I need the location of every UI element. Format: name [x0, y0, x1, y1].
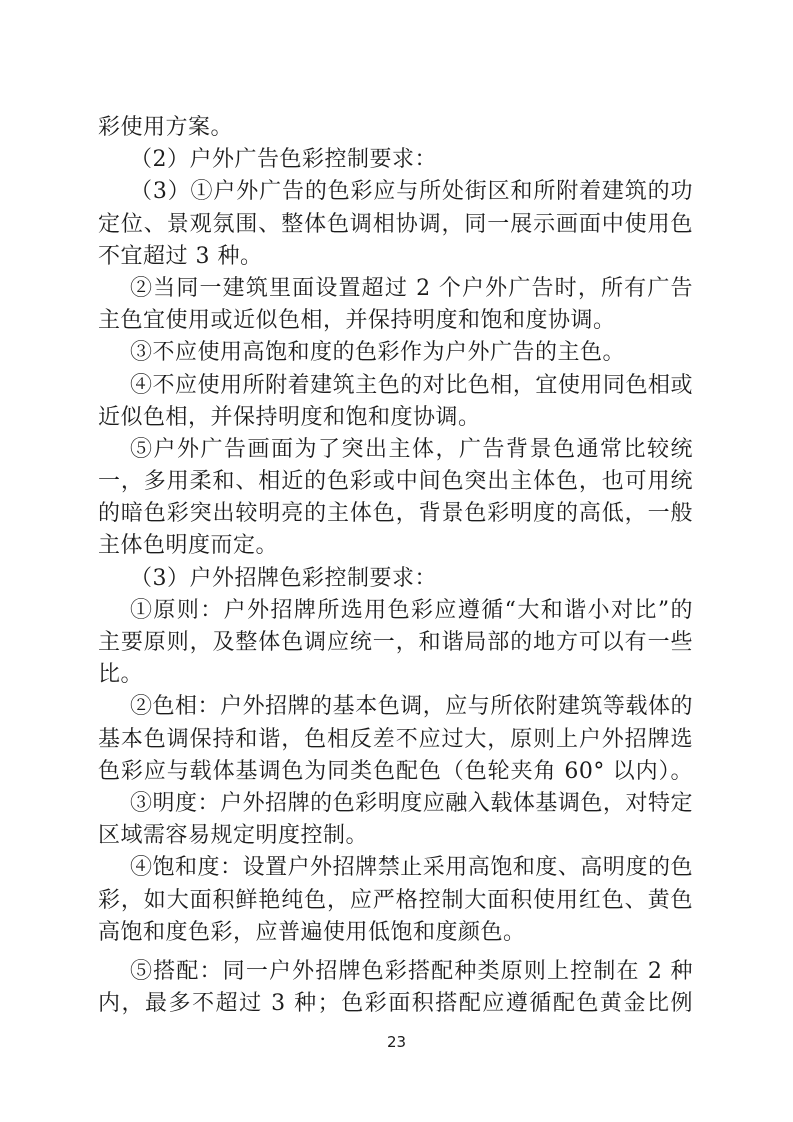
text-line: 一，多用柔和、相近的色彩或中间色突出主体色，也可用统一 — [98, 466, 693, 498]
text-line: 区域需容易规定明度控制。 — [98, 820, 693, 852]
paragraph: ②当同一建筑里面设置超过 2 个户外广告时，所有广告的主色宜使用或近似色相，并保… — [98, 273, 693, 337]
text-line: 高饱和度色彩，应普遍使用低饱和度颜色。 — [98, 917, 693, 949]
text-line: ④饱和度：设置户外招牌禁止采用高饱和度、高明度的色 — [98, 852, 693, 884]
text-line: 色彩应与载体基调色为同类色配色（色轮夹角 60° 以内）。 — [98, 756, 693, 788]
text-line: ①原则：户外招牌所选用色彩应遵循“大和谐小对比”的 — [98, 595, 693, 627]
text-line: （3）户外招牌色彩控制要求： — [98, 563, 693, 595]
page-number: 23 — [0, 1033, 793, 1051]
paragraph: （2）户外广告色彩控制要求： — [98, 144, 693, 176]
text-line: 基本色调保持和谐，色相反差不应过大，原则上户外招牌选用 — [98, 724, 693, 756]
text-line: ⑤户外广告画面为了突出主体，广告背景色通常比较统 — [98, 434, 693, 466]
text-line: ⑤搭配：同一户外招牌色彩搭配种类原则上控制在 2 种以 — [98, 956, 693, 988]
text-line: ③不应使用高饱和度的色彩作为户外广告的主色。 — [98, 337, 693, 369]
paragraph: ⑤户外广告画面为了突出主体，广告背景色通常比较统一，多用柔和、相近的色彩或中间色… — [98, 434, 693, 563]
paragraph: （3）①户外广告的色彩应与所处街区和所附着建筑的功能定位、景观氛围、整体色调相协… — [98, 176, 693, 273]
text-line: 定位、景观氛围、整体色调相协调，同一展示画面中使用色彩 — [98, 209, 693, 241]
paragraph: ⑤搭配：同一户外招牌色彩搭配种类原则上控制在 2 种以内，最多不超过 3 种；色… — [98, 956, 693, 1020]
paragraph: ②色相：户外招牌的基本色调，应与所依附建筑等载体的基本色调保持和谐，色相反差不应… — [98, 691, 693, 788]
text-line: ②色相：户外招牌的基本色调，应与所依附建筑等载体的 — [98, 691, 693, 723]
paragraph: （3）户外招牌色彩控制要求： — [98, 563, 693, 595]
text-line: 比。 — [98, 659, 693, 691]
text-line: 不宜超过 3 种。 — [98, 241, 693, 273]
text-line: ③明度：户外招牌的色彩明度应融入载体基调色，对特定 — [98, 788, 693, 820]
text-line: ②当同一建筑里面设置超过 2 个户外广告时，所有广告的 — [98, 273, 693, 305]
paragraph: ④饱和度：设置户外招牌禁止采用高饱和度、高明度的色彩，如大面积鲜艳纯色，应严格控… — [98, 852, 693, 949]
text-line: 主要原则，及整体色调应统一，和谐局部的地方可以有一些对 — [98, 627, 693, 659]
document-page: 彩使用方案。（2）户外广告色彩控制要求：（3）①户外广告的色彩应与所处街区和所附… — [0, 0, 793, 1122]
text-line: 彩使用方案。 — [98, 112, 693, 144]
text-line: 近似色相，并保持明度和饱和度协调。 — [98, 402, 693, 434]
text-line: （2）户外广告色彩控制要求： — [98, 144, 693, 176]
text-line: 主体色明度而定。 — [98, 530, 693, 562]
text-line: 彩，如大面积鲜艳纯色，应严格控制大面积使用红色、黄色等 — [98, 885, 693, 917]
paragraph: ①原则：户外招牌所选用色彩应遵循“大和谐小对比”的主要原则，及整体色调应统一，和… — [98, 595, 693, 692]
text-line: 主色宜使用或近似色相，并保持明度和饱和度协调。 — [98, 305, 693, 337]
paragraph: ③不应使用高饱和度的色彩作为户外广告的主色。 — [98, 337, 693, 369]
document-text-block: 彩使用方案。（2）户外广告色彩控制要求：（3）①户外广告的色彩应与所处街区和所附… — [98, 112, 693, 1020]
paragraph: 彩使用方案。 — [98, 112, 693, 144]
text-line: 的暗色彩突出较明亮的主体色，背景色彩明度的高低，一般视 — [98, 498, 693, 530]
paragraph: ④不应使用所附着建筑主色的对比色相，宜使用同色相或近似色相，并保持明度和饱和度协… — [98, 370, 693, 434]
text-line: （3）①户外广告的色彩应与所处街区和所附着建筑的功能 — [98, 176, 693, 208]
paragraph: ③明度：户外招牌的色彩明度应融入载体基调色，对特定区域需容易规定明度控制。 — [98, 788, 693, 852]
text-line: ④不应使用所附着建筑主色的对比色相，宜使用同色相或 — [98, 370, 693, 402]
text-line: 内，最多不超过 3 种；色彩面积搭配应遵循配色黄金比例 — [98, 988, 693, 1020]
